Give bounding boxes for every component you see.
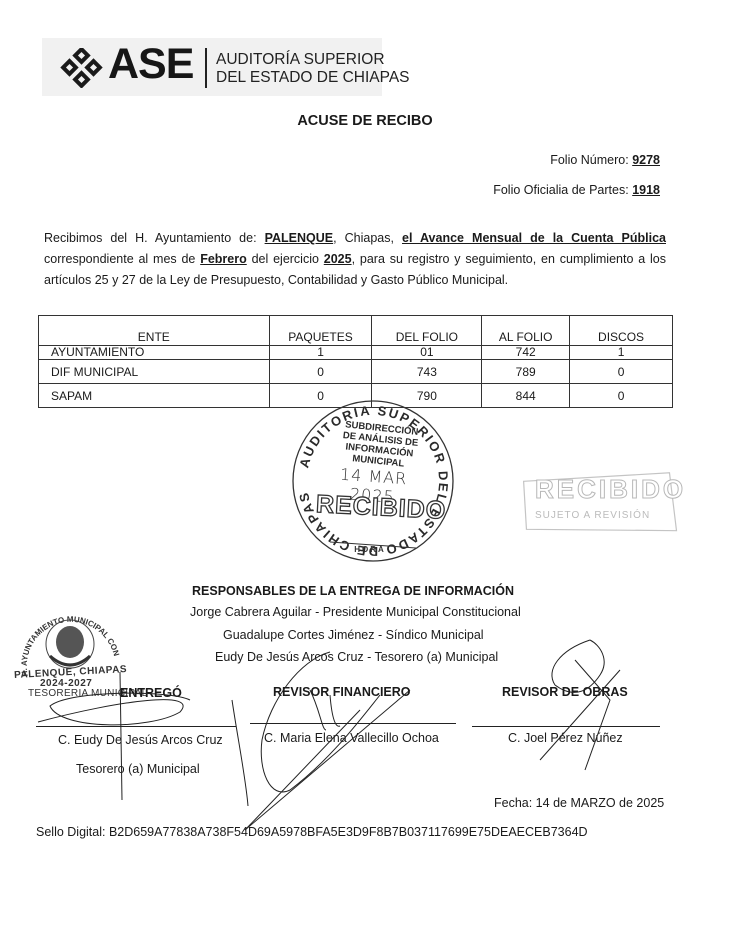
entrego-label: ENTREGÓ [120,686,182,700]
signature-line-revisor-obras [472,726,660,727]
folio-numero-value: 9278 [632,153,660,167]
digital-seal-label: Sello Digital: [36,825,109,839]
digital-seal-value: B2D659A77838A738F54D69A5978BFA5E3D9F8B7B… [109,825,588,839]
cell-discos: 0 [570,384,673,408]
signature-line-revisor-financiero [250,723,456,724]
col-paquetes: PAQUETES [269,316,372,346]
cell-paquetes: 1 [269,346,372,360]
para-text-3: correspondiente al mes de [44,252,200,266]
responsable-sindico: Guadalupe Cortes Jiménez - Síndico Munic… [223,628,484,642]
revisor-obras-label: REVISOR DE OBRAS [502,685,628,699]
folio-oficialia-value: 1918 [632,183,660,197]
document-title: ACUSE DE RECIBO [0,113,730,129]
entrego-role: Tesorero (a) Municipal [76,762,200,776]
table-row: DIF MUNICIPAL 0 743 789 0 [39,360,673,384]
cell-del-folio: 01 [372,346,482,360]
revisor-financiero-name: C. Maria Elena Vallecillo Ochoa [264,731,439,745]
cell-al-folio: 844 [482,384,570,408]
digital-seal: Sello Digital: B2D659A77838A738F54D69A59… [36,825,588,839]
cell-del-folio: 743 [372,360,482,384]
para-text-2: , Chiapas, [333,231,402,245]
para-text-4: del ejercicio [247,252,324,266]
logo-divider [205,48,207,88]
seal-hora: HORA [340,545,400,554]
signature-line-entrego [36,726,236,727]
folio-oficialia: Folio Oficialia de Partes: 1918 [493,183,660,197]
responsable-tesorero: Eudy De Jesús Arcos Cruz - Tesorero (a) … [215,650,498,664]
cell-discos: 1 [570,346,673,360]
entes-table: ENTE PAQUETES DEL FOLIO AL FOLIO DISCOS … [38,315,673,408]
table-row: AYUNTAMIENTO 1 01 742 1 [39,346,673,360]
cell-paquetes: 0 [269,360,372,384]
document-date: Fecha: 14 de MARZO de 2025 [494,796,664,810]
municipio-name: PALENQUE [265,231,334,245]
ase-diamond-logo-icon [58,48,106,88]
table-header-row: ENTE PAQUETES DEL FOLIO AL FOLIO DISCOS [39,316,673,346]
col-discos: DISCOS [570,316,673,346]
folio-oficialia-label: Folio Oficialia de Partes: [493,183,628,197]
para-text-1: Recibimos del H. Ayuntamiento de: [44,231,265,245]
seal-status: RECIBIDO [315,490,432,525]
logo-line-1: AUDITORÍA SUPERIOR [216,52,385,68]
cell-ente: SAPAM [39,384,270,408]
receipt-paragraph: Recibimos del H. Ayuntamiento de: PALENQ… [44,228,666,291]
signature-revisor-financiero-icon [261,652,380,792]
col-al-folio: AL FOLIO [482,316,570,346]
folio-numero: Folio Número: 9278 [550,153,660,167]
responsables-title: RESPONSABLES DE LA ENTREGA DE INFORMACIÓ… [192,584,514,598]
logo-line-2: DEL ESTADO DE CHIAPAS [216,70,410,86]
col-ente: ENTE [39,316,270,346]
asunto: el Avance Mensual de la Cuenta Pública [402,231,666,245]
cell-ente: DIF MUNICIPAL [39,360,270,384]
cell-al-folio: 789 [482,360,570,384]
logo-acronym: ASE [108,43,193,86]
faded-stamp-subtitle: SUJETO A REVISIÓN [535,510,650,521]
responsable-presidente: Jorge Cabrera Aguilar - Presidente Munic… [190,605,521,619]
entrego-name: C. Eudy De Jesús Arcos Cruz [58,733,223,747]
faded-stamp-title: RECIBIDO [535,474,686,505]
revisor-obras-name: C. Joel Pérez Núñez [508,731,623,745]
revisor-financiero-label: REVISOR FINANCIERO [273,685,411,699]
folio-numero-label: Folio Número: [550,153,629,167]
ejercicio: 2025 [324,252,352,266]
cell-al-folio: 742 [482,346,570,360]
col-del-folio: DEL FOLIO [372,316,482,346]
cell-ente: AYUNTAMIENTO [39,346,270,360]
mes: Febrero [200,252,247,266]
cell-discos: 0 [570,360,673,384]
